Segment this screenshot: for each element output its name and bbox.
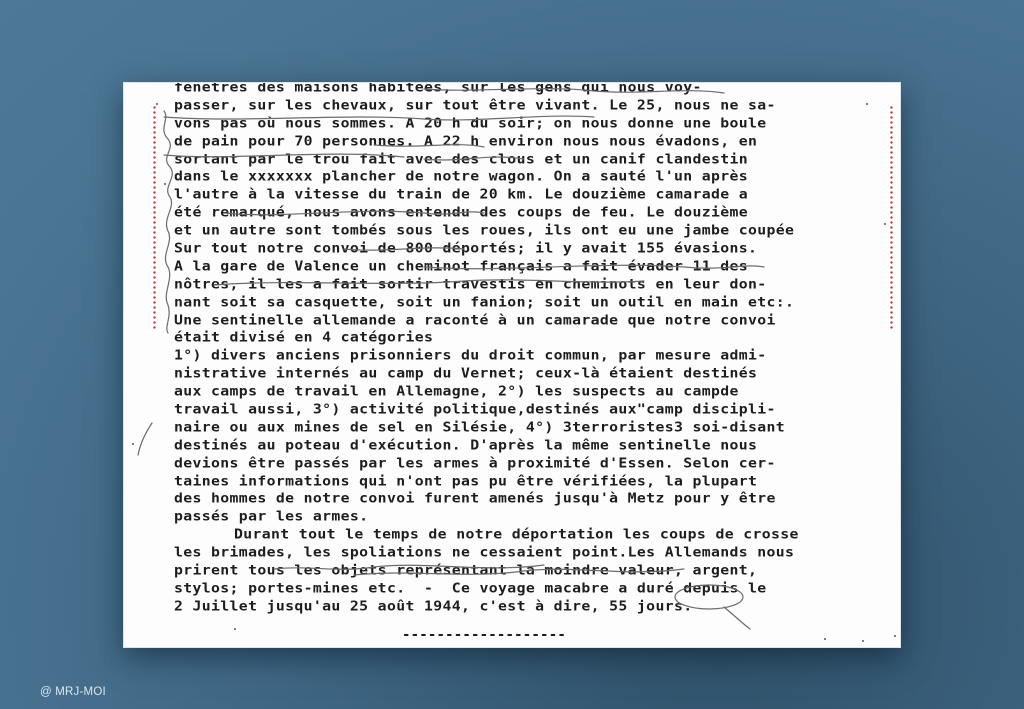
left-margin-dotted-line bbox=[153, 105, 156, 330]
paper-speck bbox=[894, 635, 896, 637]
text-line: fenêtres des maisons habitées, sur les g… bbox=[174, 82, 894, 96]
text-line: travail aussi, 3°) activité politique,de… bbox=[174, 402, 894, 418]
paper-speck bbox=[164, 183, 166, 185]
left-margin-bracket bbox=[164, 111, 172, 333]
text-line: de pain pour 70 personnes. A 22 h enviro… bbox=[174, 133, 894, 149]
text-line: destinés au poteau d'exécution. D'après … bbox=[174, 438, 894, 454]
paper-speck bbox=[862, 640, 864, 642]
text-line: passer, sur les chevaux, sur tout être v… bbox=[174, 98, 894, 114]
text-line: passés par les armes. bbox=[174, 509, 894, 525]
watermark: @ MRJ-MOI bbox=[40, 686, 106, 698]
paper-speck bbox=[884, 223, 886, 225]
text-line: prirent tous les objets représentant la … bbox=[174, 563, 894, 579]
text-line: 1°) divers anciens prisonniers du droit … bbox=[174, 348, 894, 364]
paper-speck bbox=[132, 443, 134, 445]
text-line: stylos; portes-mines etc. - Ce voyage ma… bbox=[174, 581, 894, 597]
text-line: et un autre sont tombés sous les roues, … bbox=[174, 223, 894, 239]
text-line: Sur tout notre convoi de 800 déportés; i… bbox=[174, 241, 894, 257]
paper-speck bbox=[866, 103, 868, 105]
text-line: l'autre à la vitesse du train de 20 km. … bbox=[174, 187, 894, 203]
paper-speck bbox=[156, 103, 158, 105]
text-line: nôtres, il les a fait sortir travestis e… bbox=[174, 277, 894, 293]
text-line: été remarqué, nous avons entendu des cou… bbox=[174, 205, 894, 221]
text-line: A la gare de Valence un cheminot françai… bbox=[174, 259, 894, 275]
paper-speck bbox=[824, 638, 826, 640]
closing-dashed-rule: ------------------- bbox=[402, 627, 566, 643]
text-line: aux camps de travail en Allemagne, 2°) l… bbox=[174, 384, 894, 400]
document-text: fenêtres des maisons habitées, sur les g… bbox=[174, 82, 894, 616]
paper-speck bbox=[744, 553, 746, 555]
text-line: dans le xxxxxxx plancher de notre wagon.… bbox=[174, 169, 894, 185]
text-line: nant soit sa casquette, soit un fanion; … bbox=[174, 294, 894, 310]
text-line: vons pas où nous sommes. A 20 h du soir;… bbox=[174, 115, 894, 131]
text-line: Une sentinelle allemande a raconté à un … bbox=[174, 312, 894, 328]
text-line: devions être passés par les armes à prox… bbox=[174, 455, 894, 471]
text-line: nistrative internés au camp du Vernet; c… bbox=[174, 366, 894, 382]
text-line: naire ou aux mines de sel en Silésie, 4°… bbox=[174, 420, 894, 436]
text-line: sortant par le trou fait avec des clous … bbox=[174, 151, 894, 167]
text-line: 2 Juillet jusqu'au 25 août 1944, c'est à… bbox=[174, 599, 894, 615]
text-line: des hommes de notre convoi furent amenés… bbox=[174, 491, 894, 507]
text-line: taines informations qui n'ont pas pu êtr… bbox=[174, 473, 894, 489]
typewritten-document: fenêtres des maisons habitées, sur les g… bbox=[123, 82, 901, 648]
paper-speck bbox=[234, 628, 236, 630]
text-line: les brimades, les spoliations ne cessaie… bbox=[174, 545, 894, 561]
text-line: était divisé en 4 catégories bbox=[174, 330, 894, 346]
text-line-paragraph-start: Durant tout le temps de notre déportatio… bbox=[174, 527, 894, 543]
